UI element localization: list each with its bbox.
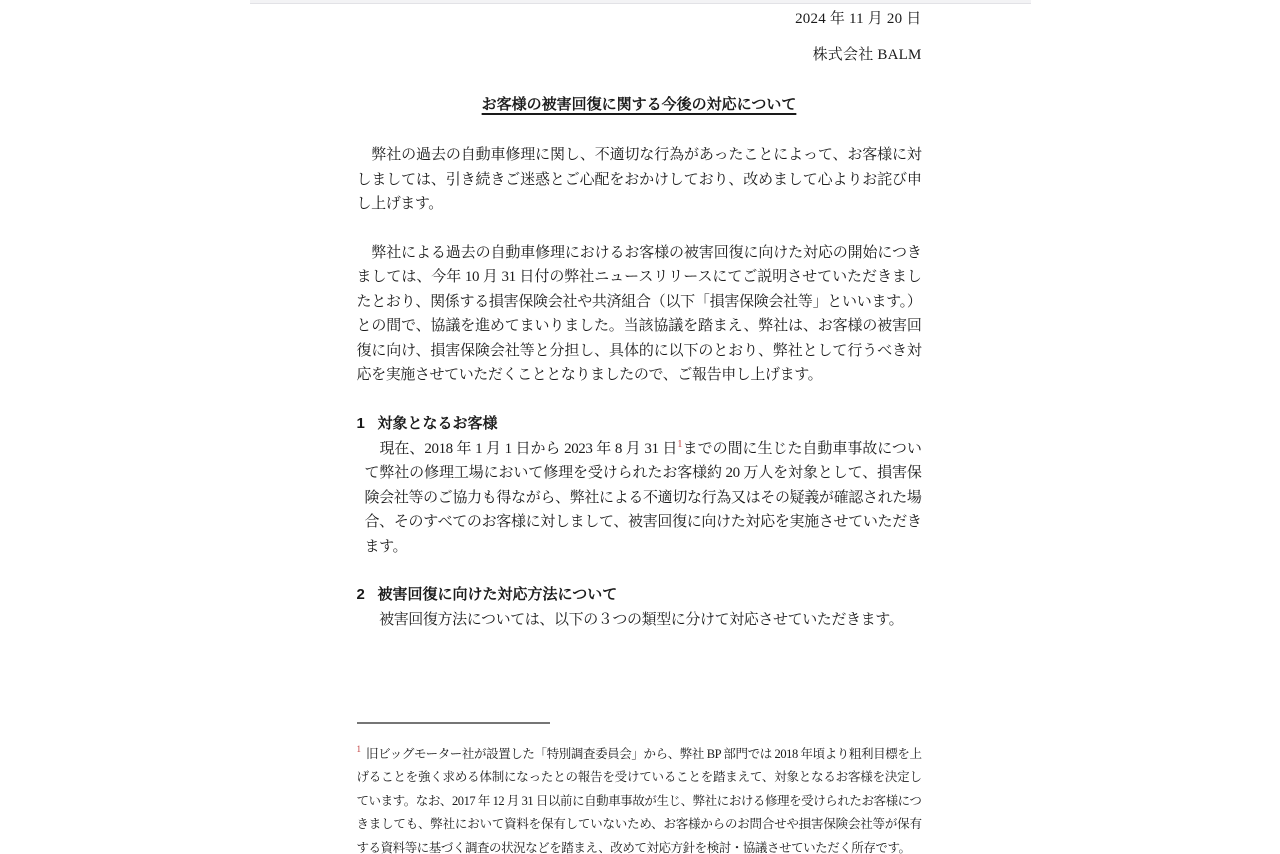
section-1-number: 1 [357,412,378,436]
document-viewer-canvas: 2024 年 11 月 20 日 株式会社 BALM お客様の被害回復に関する今… [0,0,1280,854]
document-title-text: お客様の被害回復に関する今後の対応について [482,96,797,113]
document-page: 2024 年 11 月 20 日 株式会社 BALM お客様の被害回復に関する今… [250,0,1031,854]
section-1-body-after-ref: までの間に生じた自動車事故について弊社の修理工場において修理を受けられたお客様約… [365,441,922,555]
section-2-number: 2 [357,583,378,607]
footnote-separator-rule [357,722,550,724]
company-name: 株式会社 BALM [357,43,922,67]
section-1-body: 現在、2018 年 1 月 1 日から 2023 年 8 月 31 日1までの間… [365,437,922,560]
footnote-text: 旧ビッグモーター社が設置した「特別調査委員会」から、弊社 BP 部門では 201… [357,747,922,854]
section-2-heading: 2被害回復に向けた対応方法について [357,583,922,607]
section-2-heading-text: 被害回復に向けた対応方法について [378,586,618,603]
document-date: 2024 年 11 月 20 日 [357,7,922,31]
footnote: 1旧ビッグモーター社が設置した「特別調査委員会」から、弊社 BP 部門では 20… [357,743,922,854]
paragraph-apology: 弊社の過去の自動車修理に関し、不適切な行為があったことによって、お客様に対しまし… [357,143,922,217]
page-content: 2024 年 11 月 20 日 株式会社 BALM お客様の被害回復に関する今… [250,4,1031,854]
section-1-heading-text: 対象となるお客様 [378,415,498,432]
paragraph-background: 弊社による過去の自動車修理におけるお客様の被害回復に向けた対応の開始につきまして… [357,241,922,388]
footnote-marker: 1 [357,744,362,754]
section-2-body: 被害回復方法については、以下の３つの類型に分けて対応させていただきます。 [365,608,922,633]
document-title: お客様の被害回復に関する今後の対応について [357,93,922,117]
section-1-body-before-ref: 現在、2018 年 1 月 1 日から 2023 年 8 月 31 日 [365,441,678,457]
section-1-heading: 1対象となるお客様 [357,412,922,436]
